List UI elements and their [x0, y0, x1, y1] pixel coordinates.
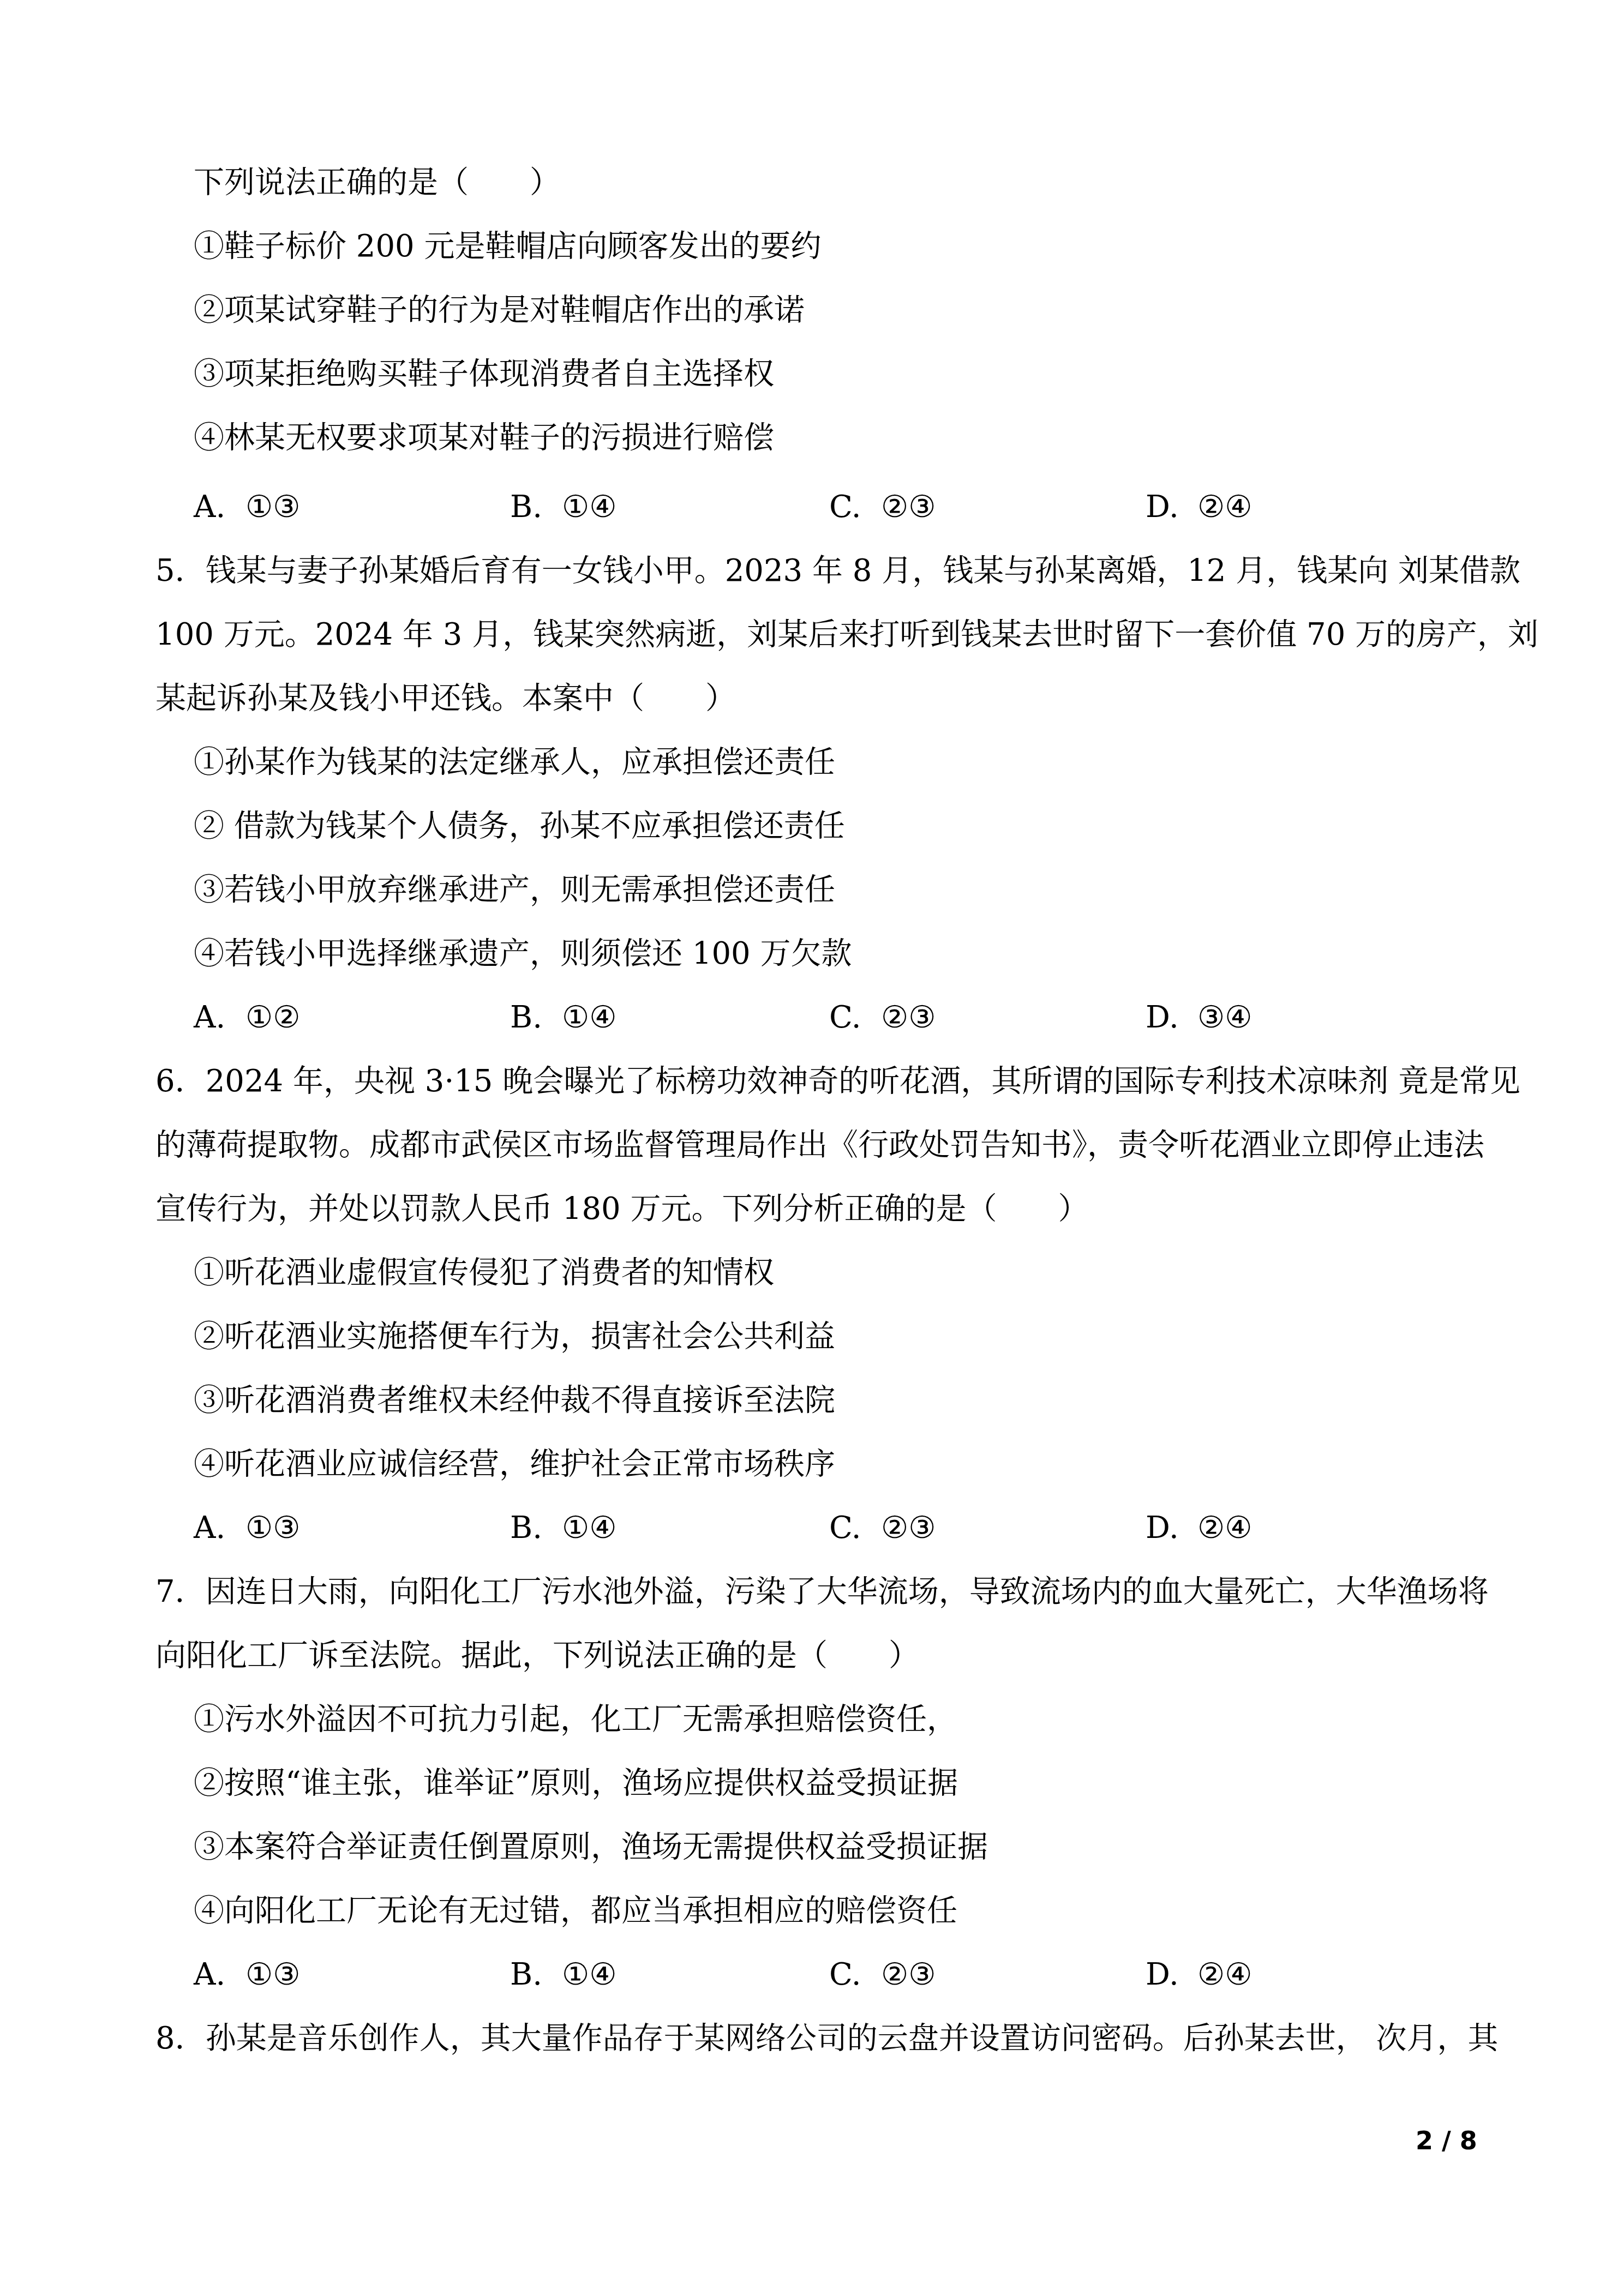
- option-letter: B.: [510, 488, 562, 526]
- q5-option-b[interactable]: B.①④: [510, 999, 616, 1037]
- q4-option-c[interactable]: C.②③: [829, 488, 936, 526]
- q4-stem-end: 下列说法正确的是（ ）: [194, 164, 560, 202]
- q5-item-2: ② 借款为钱某个人债务，孙某不应承担偿还责任: [194, 807, 845, 845]
- q6-option-a[interactable]: A.①③: [194, 1509, 300, 1547]
- option-letter: A.: [194, 1509, 245, 1547]
- q7-option-b[interactable]: B.①④: [510, 1956, 616, 1994]
- q8-stem-line-1: 8．孙某是音乐创作人，其大量作品存于某网络公司的云盘并设置访问密码。后孙某去世，…: [155, 2019, 1470, 2058]
- option-letter: C.: [829, 999, 881, 1037]
- option-letter: B.: [510, 1956, 562, 1994]
- option-letter: B.: [510, 999, 562, 1037]
- q4-option-d[interactable]: D.②④: [1146, 488, 1252, 526]
- q6-option-b[interactable]: B.①④: [510, 1509, 616, 1547]
- option-letter: C.: [829, 1509, 881, 1547]
- option-value: ②③: [881, 489, 936, 525]
- q7-stem-line-2: 向阳化工厂诉至法院。据此，下列说法正确的是（ ）: [155, 1637, 1470, 1675]
- q6-stem-line-2: 的薄荷提取物。成都市武侯区市场监督管理局作出《行政处罚告知书》，责令听花酒业立即…: [155, 1126, 1470, 1164]
- option-value: ①④: [562, 1000, 616, 1035]
- option-value: ②③: [881, 1510, 936, 1546]
- option-value: ②④: [1197, 489, 1252, 525]
- q7-option-c[interactable]: C.②③: [829, 1956, 936, 1994]
- q5-stem-line-3: 某起诉孙某及钱小甲还钱。本案中（ ）: [155, 680, 1470, 718]
- q7-item-2: ②按照“谁主张，谁举证”原则，渔场应提供权益受损证据: [194, 1764, 958, 1802]
- q7-item-3: ③本案符合举证责任倒置原则，渔场无需提供权益受损证据: [194, 1828, 988, 1866]
- q4-item-1: ①鞋子标价 200 元是鞋帽店向顾客发出的要约: [194, 227, 822, 266]
- q4-item-3: ③项某拒绝购买鞋子体现消费者自主选择权: [194, 355, 774, 393]
- option-value: ②③: [881, 1000, 936, 1035]
- q5-stem-line-1: 5．钱某与妻子孙某婚后育有一女钱小甲。2023 年 8 月，钱某与孙某离婚，12…: [155, 552, 1470, 590]
- q5-stem-line-2: 100 万元。2024 年 3 月，钱某突然病逝，刘某后来打听到钱某去世时留下一…: [155, 616, 1470, 654]
- q5-item-3: ③若钱小甲放弃继承进产，则无需承担偿还责任: [194, 871, 835, 909]
- option-letter: C.: [829, 488, 881, 526]
- option-value: ①②: [245, 1000, 300, 1035]
- q6-stem-line-3: 宣传行为，并处以罚款人民币 180 万元。下列分析正确的是（ ）: [155, 1190, 1470, 1228]
- q6-item-1: ①听花酒业虚假宣传侵犯了消费者的知情权: [194, 1254, 774, 1292]
- option-letter: A.: [194, 1956, 245, 1994]
- option-letter: D.: [1146, 1509, 1197, 1547]
- option-letter: D.: [1146, 488, 1197, 526]
- q5-item-4: ④若钱小甲选择继承遗产，则须偿还 100 万欠款: [194, 935, 852, 973]
- option-letter: A.: [194, 999, 245, 1037]
- option-value: ②④: [1197, 1957, 1252, 1992]
- q5-option-c[interactable]: C.②③: [829, 999, 936, 1037]
- option-value: ①④: [562, 1510, 616, 1546]
- option-value: ③④: [1197, 1000, 1252, 1035]
- q4-option-b[interactable]: B.①④: [510, 488, 616, 526]
- option-value: ①④: [562, 489, 616, 525]
- q5-item-1: ①孙某作为钱某的法定继承人，应承担偿还责任: [194, 743, 835, 782]
- option-value: ①③: [245, 1957, 300, 1992]
- q6-item-4: ④听花酒业应诚信经营，维护社会正常市场秩序: [194, 1445, 835, 1483]
- q5-option-a[interactable]: A.①②: [194, 999, 300, 1037]
- exam-page: 下列说法正确的是（ ） ①鞋子标价 200 元是鞋帽店向顾客发出的要约 ②项某试…: [0, 0, 1624, 2296]
- q7-option-a[interactable]: A.①③: [194, 1956, 300, 1994]
- option-value: ②③: [881, 1957, 936, 1992]
- q5-option-d[interactable]: D.③④: [1146, 999, 1252, 1037]
- q7-option-d[interactable]: D.②④: [1146, 1956, 1252, 1994]
- q4-item-4: ④林某无权要求项某对鞋子的污损进行赔偿: [194, 419, 774, 457]
- option-value: ①④: [562, 1957, 616, 1992]
- q7-item-4: ④向阳化工厂无论有无过错，都应当承担相应的赔偿资任: [194, 1892, 957, 1930]
- q6-item-3: ③听花酒消费者维权未经仲裁不得直接诉至法院: [194, 1381, 835, 1420]
- q6-option-d[interactable]: D.②④: [1146, 1509, 1252, 1547]
- option-value: ①③: [245, 489, 300, 525]
- option-letter: B.: [510, 1509, 562, 1547]
- q6-stem-line-1: 6．2024 年，央视 3·15 晚会曝光了标榜功效神奇的听花酒，其所谓的国际专…: [155, 1062, 1470, 1101]
- q7-stem-line-1: 7．因连日大雨，向阳化工厂污水池外溢，污染了大华流场，导致流场内的血大量死亡，大…: [155, 1573, 1470, 1611]
- q7-item-1: ①污水外溢因不可抗力引起，化工厂无需承担赔偿资任，: [194, 1700, 957, 1739]
- option-value: ①③: [245, 1510, 300, 1546]
- option-letter: D.: [1146, 999, 1197, 1037]
- q4-item-2: ②项某试穿鞋子的行为是对鞋帽店作出的承诺: [194, 291, 805, 329]
- q4-option-a[interactable]: A.①③: [194, 488, 300, 526]
- q6-item-2: ②听花酒业实施搭便车行为，损害社会公共利益: [194, 1318, 835, 1356]
- q6-option-c[interactable]: C.②③: [829, 1509, 936, 1547]
- option-letter: C.: [829, 1956, 881, 1994]
- option-value: ②④: [1197, 1510, 1252, 1546]
- page-number: 2 / 8: [1416, 2124, 1477, 2157]
- option-letter: D.: [1146, 1956, 1197, 1994]
- option-letter: A.: [194, 488, 245, 526]
